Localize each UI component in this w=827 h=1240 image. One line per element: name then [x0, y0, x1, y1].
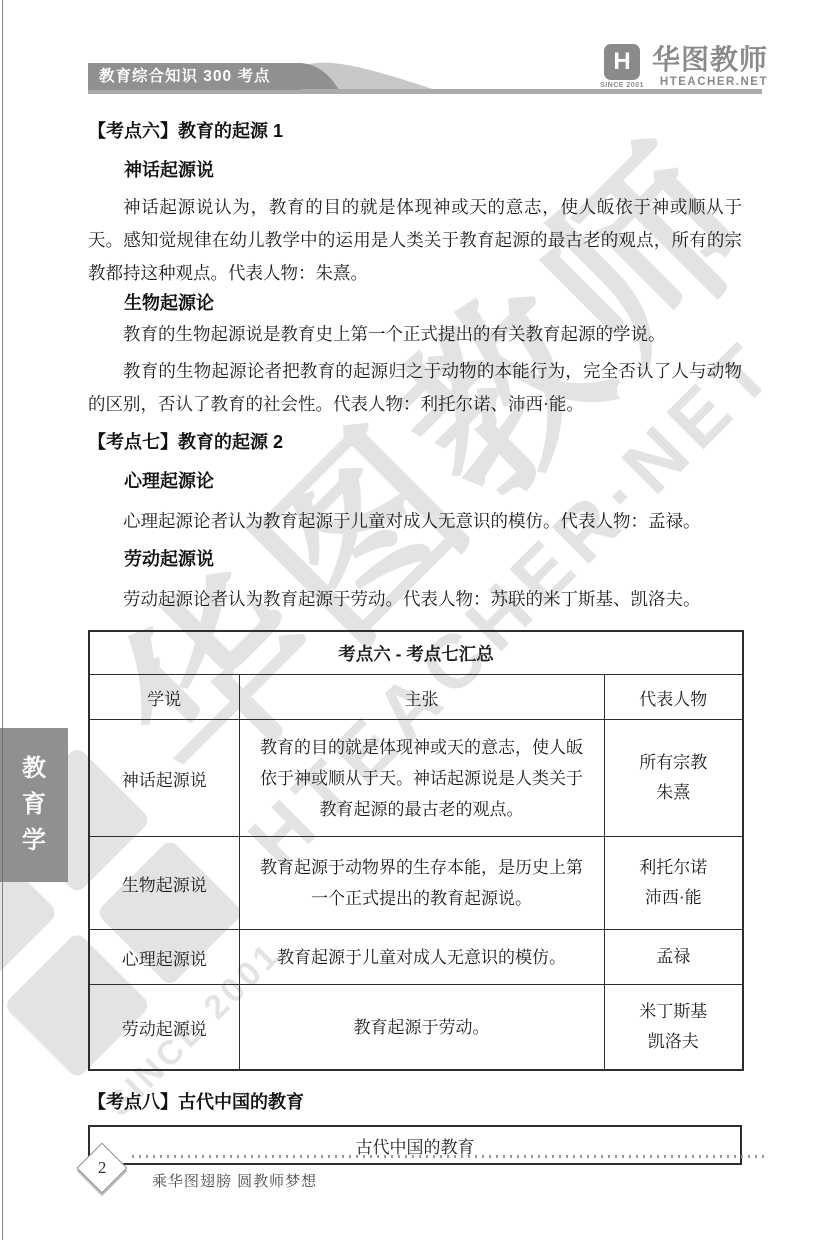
- sidebar-tab-char: 教: [22, 756, 46, 782]
- sidebar-tab-char: 学: [22, 828, 46, 854]
- cell-claim: 教育起源于动物界的生存本能，是历史上第一个正式提出的教育起源说。: [239, 837, 604, 930]
- table-title: 考点六 - 考点七汇总: [89, 631, 743, 675]
- header-banner: 教育综合知识 300 考点: [88, 63, 300, 90]
- logo-brand-text: 华图教师: [652, 44, 768, 76]
- heading-kaodian-8: 【考点八】古代中国的教育: [88, 1089, 742, 1115]
- huatu-logo-icon: H: [604, 44, 640, 80]
- table-title-row: 考点六 - 考点七汇总: [89, 631, 743, 675]
- logo-icon-letter: H: [613, 48, 630, 76]
- sidebar-tab-char: 育: [22, 792, 46, 818]
- header-logo: H SINCE 2001 华图教师 HTEACHER.NET: [600, 44, 768, 89]
- cell-claim: 教育的目的就是体现神或天的意志，使人皈依于神或顺从于天。神话起源说是人类关于教育…: [239, 720, 604, 837]
- people-line: 利托尔诺: [606, 853, 742, 883]
- paragraph-myth-origin: 神话起源说认为，教育的目的就是体现神或天的意志，使人皈依于神或顺从于天。感知觉规…: [88, 191, 742, 290]
- people-line: 孟禄: [606, 942, 742, 972]
- column-header-claim: 主张: [239, 675, 604, 720]
- people-line: 凯洛夫: [606, 1027, 742, 1057]
- cell-people: 所有宗教 朱熹: [604, 720, 743, 837]
- cell-school: 神话起源说: [89, 720, 239, 837]
- cell-people: 利托尔诺 沛西·能: [604, 837, 743, 930]
- subheading-myth-origin: 神话起源说: [124, 157, 742, 183]
- logo-since-text: SINCE 2001: [600, 82, 644, 89]
- paragraph-biological-origin-1: 教育的生物起源说是教育史上第一个正式提出的有关教育起源的学说。: [88, 318, 742, 351]
- subheading-psychological-origin: 心理起源论: [124, 468, 742, 494]
- footer-dotted-rule: [132, 1155, 764, 1158]
- column-header-people: 代表人物: [604, 675, 743, 720]
- table-row: 神话起源说 教育的目的就是体现神或天的意志，使人皈依于神或顺从于天。神话起源说是…: [89, 720, 743, 837]
- cell-people: 米丁斯基 凯洛夫: [604, 985, 743, 1071]
- people-line: 米丁斯基: [606, 997, 742, 1027]
- cell-people: 孟禄: [604, 930, 743, 985]
- logo-site-text: HTEACHER.NET: [660, 76, 768, 88]
- heading-kaodian-6: 【考点六】教育的起源 1: [88, 118, 742, 144]
- cell-claim: 教育起源于劳动。: [239, 985, 604, 1071]
- document-page: SINCE 2001 华图教师 HTEACHER·NET 教育综合知识 300 …: [0, 0, 827, 1240]
- subheading-biological-origin: 生物起源论: [124, 290, 742, 316]
- paragraph-psychological-origin: 心理起源论者认为教育起源于儿童对成人无意识的模仿。代表人物：孟禄。: [88, 505, 742, 538]
- section-title-box-label: 古代中国的教育: [356, 1133, 475, 1158]
- paragraph-labor-origin: 劳动起源论者认为教育起源于劳动。代表人物：苏联的米丁斯基、凯洛夫。: [88, 583, 742, 616]
- page-number: 2: [98, 1158, 107, 1178]
- column-header-school: 学说: [89, 675, 239, 720]
- footer-slogan: 乘华图翅膀 圆教师梦想: [152, 1170, 317, 1191]
- section-title-box: 古代中国的教育: [88, 1125, 742, 1165]
- sidebar-tab-pedagogy: 教 育 学: [0, 728, 68, 882]
- people-line: 朱熹: [606, 778, 742, 808]
- cell-claim: 教育起源于儿童对成人无意识的模仿。: [239, 930, 604, 985]
- cell-school: 生物起源说: [89, 837, 239, 930]
- people-line: 所有宗教: [606, 748, 742, 778]
- table-row: 心理起源说 教育起源于儿童对成人无意识的模仿。 孟禄: [89, 930, 743, 985]
- people-line: 沛西·能: [606, 883, 742, 913]
- paragraph-biological-origin-2: 教育的生物起源论者把教育的起源归之于动物的本能行为，完全否认了人与动物的区别，否…: [88, 355, 742, 421]
- table-row: 生物起源说 教育起源于动物界的生存本能，是历史上第一个正式提出的教育起源说。 利…: [89, 837, 743, 930]
- heading-kaodian-7: 【考点七】教育的起源 2: [88, 429, 742, 455]
- cell-school: 劳动起源说: [89, 985, 239, 1071]
- header-banner-title: 教育综合知识 300 考点: [99, 68, 270, 85]
- table-header-row: 学说 主张 代表人物: [89, 675, 743, 720]
- main-content: 【考点六】教育的起源 1 神话起源说 神话起源说认为，教育的目的就是体现神或天的…: [88, 112, 742, 1165]
- subheading-labor-origin: 劳动起源说: [124, 546, 742, 572]
- page-edge-line: [2, 0, 3, 1240]
- cell-school: 心理起源说: [89, 930, 239, 985]
- summary-table: 考点六 - 考点七汇总 学说 主张 代表人物 神话起源说 教育的目的就是体现神或…: [88, 630, 744, 1071]
- table-row: 劳动起源说 教育起源于劳动。 米丁斯基 凯洛夫: [89, 985, 743, 1071]
